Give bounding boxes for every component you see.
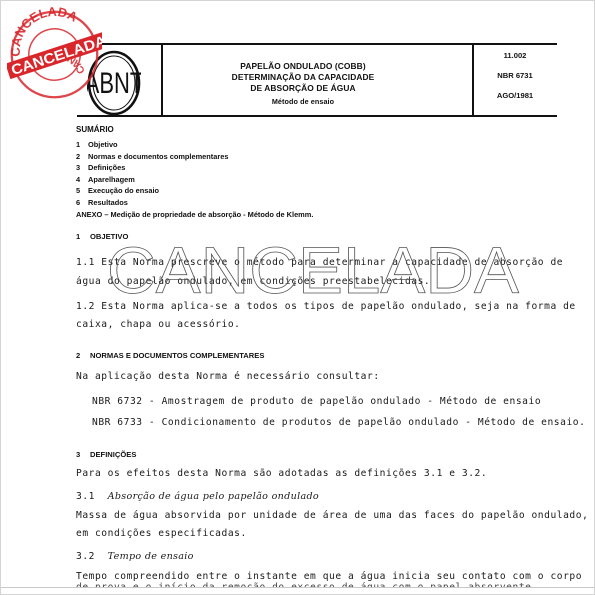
paragraph-1-1-line-1: 1.1 Esta Norma prescreve o método para d… xyxy=(76,253,561,272)
summary-title: SUMÁRIO xyxy=(76,125,313,134)
document-identifiers: 11.002 NBR 6731 AGO/1981 xyxy=(475,49,555,109)
document-page: ABNT PAPELÃO ONDULADO (COBB) DETERMINAÇÃ… xyxy=(0,0,595,595)
reference-nbr-6733: NBR 6733 - Condicionamento de produtos d… xyxy=(92,413,577,432)
section-1-heading: 1OBJETIVO xyxy=(76,232,128,241)
summary-annex: ANEXO – Medição de propriedade de absorç… xyxy=(76,209,313,221)
section-2-intro: Na aplicação desta Norma é necessário co… xyxy=(76,367,561,386)
definition-3-2-heading: 3.2 Tempo de ensaio xyxy=(76,547,561,566)
document-subtitle: Método de ensaio xyxy=(163,96,443,107)
header-bottom-rule xyxy=(77,115,557,117)
summary-item: 4Aparelhagem xyxy=(76,174,313,186)
publication-date: AGO/1981 xyxy=(475,89,555,109)
summary-item: 5Execução do ensaio xyxy=(76,185,313,197)
section-3-heading: 3DEFINIÇÕES xyxy=(76,450,136,459)
summary-item: 3Definições xyxy=(76,162,313,174)
definition-3-1-line-2: em condições especificadas. xyxy=(76,524,561,543)
section-3-intro: Para os efeitos desta Norma são adotadas… xyxy=(76,464,561,483)
title-line-2: DETERMINAÇÃO DA CAPACIDADE xyxy=(163,72,443,83)
summary-item: 1Objetivo xyxy=(76,139,313,151)
summary: SUMÁRIO 1Objetivo 2Normas e documentos c… xyxy=(76,125,313,220)
header-divider-right xyxy=(472,43,474,117)
section-2-heading: 2NORMAS E DOCUMENTOS COMPLEMENTARES xyxy=(76,351,264,360)
reference-nbr-6732: NBR 6732 - Amostragem de produto de pape… xyxy=(92,392,577,411)
summary-item: 6Resultados xyxy=(76,197,313,209)
page-cut-edge xyxy=(1,587,595,595)
definition-3-1-heading: 3.1 Absorção de água pelo papelão ondula… xyxy=(76,487,561,506)
title-line-1: PAPELÃO ONDULADO (COBB) xyxy=(163,61,443,72)
document-title: PAPELÃO ONDULADO (COBB) DETERMINAÇÃO DA … xyxy=(163,61,443,107)
cancelada-stamp: CANCELADA CANCELADA CANCELADA xyxy=(7,7,102,102)
header-top-rule xyxy=(77,43,557,45)
paragraph-1-2-line-1: 1.2 Esta Norma aplica-se a todos os tipo… xyxy=(76,297,561,316)
definition-3-1-line-1: Massa de água absorvida por unidade de á… xyxy=(76,506,561,525)
title-line-3: DE ABSORÇÃO DE ÁGUA xyxy=(163,83,443,94)
standard-number: NBR 6731 xyxy=(475,69,555,89)
paragraph-1-1-line-2: água do papelão ondulado, em condições p… xyxy=(76,272,561,291)
summary-item: 2Normas e documentos complementares xyxy=(76,151,313,163)
paragraph-1-2-line-2: caixa, chapa ou acessório. xyxy=(76,315,561,334)
document-code: 11.002 xyxy=(475,49,555,69)
